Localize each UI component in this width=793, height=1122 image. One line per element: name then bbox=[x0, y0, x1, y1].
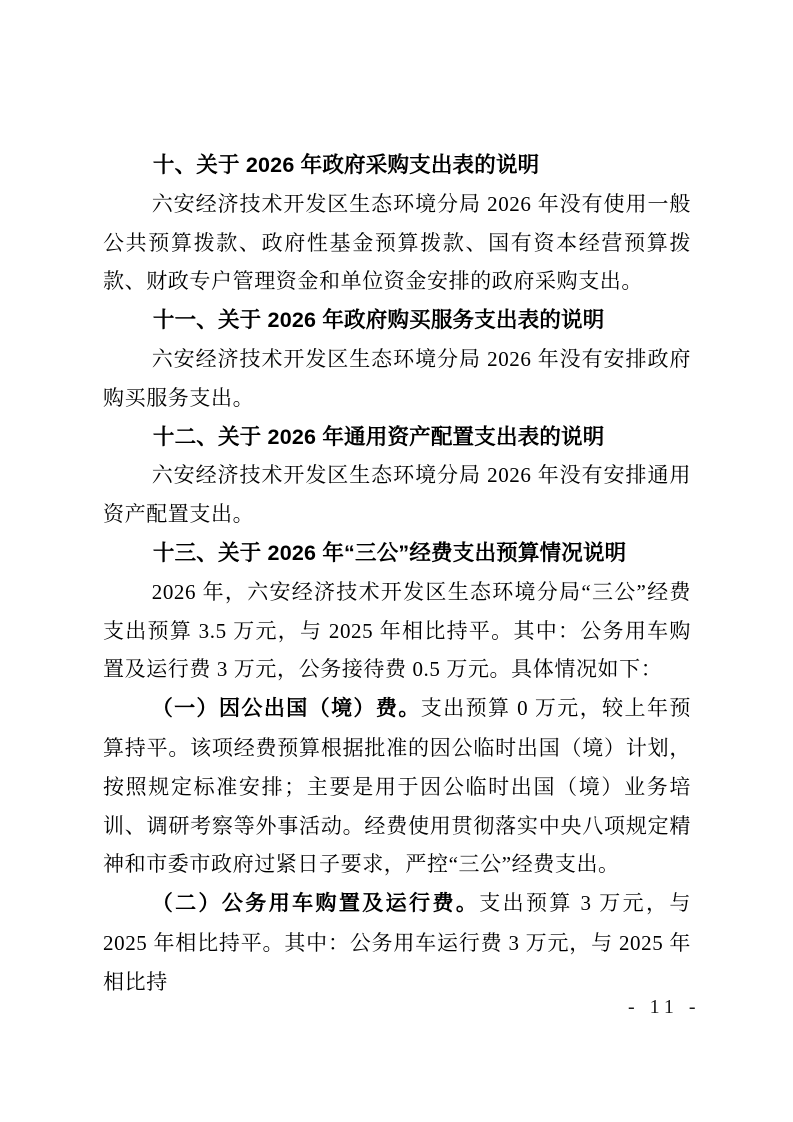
section-12-paragraph: 六安经济技术开发区生态环境分局 2026 年没有安排通用资产配置支出。 bbox=[103, 456, 691, 534]
section-11-paragraph: 六安经济技术开发区生态环境分局 2026 年没有安排政府购买服务支出。 bbox=[103, 340, 691, 418]
document-body: 十、关于 2026 年政府采购支出表的说明 六安经济技术开发区生态环境分局 20… bbox=[103, 146, 691, 1002]
section-heading-10: 十、关于 2026 年政府采购支出表的说明 bbox=[103, 146, 691, 185]
section-13-intro-paragraph: 2026 年，六安经济技术开发区生态环境分局“三公”经费支出预算 3.5 万元，… bbox=[103, 573, 691, 689]
page-number: - 11 - bbox=[628, 996, 698, 1019]
section-heading-13: 十三、关于 2026 年“三公”经费支出预算情况说明 bbox=[103, 534, 691, 573]
section-heading-11: 十一、关于 2026 年政府购买服务支出表的说明 bbox=[103, 301, 691, 340]
item-1-lead-text: （一）因公出国（境）费。 bbox=[152, 697, 421, 720]
item-2-lead-text: （二）公务用车购置及运行费。 bbox=[152, 892, 480, 915]
section-13-item-2-paragraph: （二）公务用车购置及运行费。支出预算 3 万元，与 2025 年相比持平。其中：… bbox=[103, 884, 691, 1001]
section-10-paragraph: 六安经济技术开发区生态环境分局 2026 年没有使用一般公共预算拨款、政府性基金… bbox=[103, 185, 691, 301]
section-heading-12: 十二、关于 2026 年通用资产配置支出表的说明 bbox=[103, 418, 691, 457]
item-1-body-text: 支出预算 0 万元，较上年预算持平。该项经费预算根据批准的因公临时出国（境）计划… bbox=[103, 696, 691, 876]
section-13-item-1-paragraph: （一）因公出国（境）费。支出预算 0 万元，较上年预算持平。该项经费预算根据批准… bbox=[103, 689, 691, 884]
document-page: 十、关于 2026 年政府采购支出表的说明 六安经济技术开发区生态环境分局 20… bbox=[0, 0, 793, 1122]
